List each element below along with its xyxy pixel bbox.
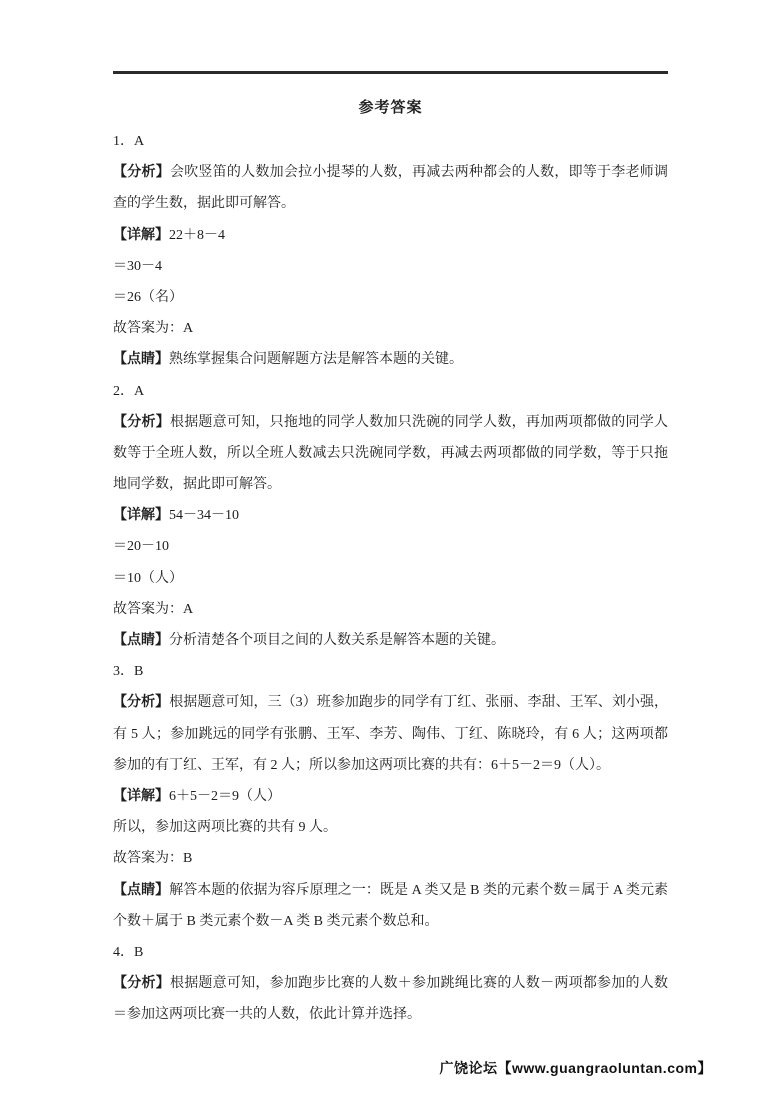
section-tag: 【分析】 (113, 415, 170, 430)
line-text: 根据题意可知，参加跑步比赛的人数＋参加跳绳比赛的人数－两项都参加的人数 (170, 976, 668, 991)
doc-line: 【详解】54－34－10 (113, 500, 668, 531)
line-text: 参加的有丁红、王军，有 2 人；所以参加这两项比赛的共有：6＋5－2＝9（人）。 (113, 758, 610, 773)
line-text: ＝10（人） (113, 571, 183, 586)
line-text: ＝参加这两项比赛一共的人数，依此计算并选择。 (113, 1007, 421, 1022)
line-text: ＝20－10 (113, 539, 169, 554)
answer-number-line: 2．A (113, 376, 668, 407)
line-text: 故答案为：A (113, 321, 193, 336)
doc-line: 【点睛】分析清楚各个项目之间的人数关系是解答本题的关键。 (113, 625, 668, 656)
section-tag: 【点睛】 (113, 352, 169, 367)
doc-line: 参加的有丁红、王军，有 2 人；所以参加这两项比赛的共有：6＋5－2＝9（人）。 (113, 750, 668, 781)
line-text: ＝30－4 (113, 259, 162, 274)
line-text: 根据题意可知，三（3）班参加跑步的同学有丁红、张丽、李甜、王军、刘小强， (169, 695, 668, 710)
line-text: 2．A (113, 384, 144, 399)
doc-line: 【分析】会吹竖笛的人数加会拉小提琴的人数，再减去两种都会的人数，即等于李老师调 (113, 157, 668, 188)
answer-number-line: 1．A (113, 126, 668, 157)
doc-line: 地同学数，据此即可解答。 (113, 469, 668, 500)
doc-line: 故答案为：B (113, 843, 668, 874)
section-tag: 【分析】 (113, 165, 170, 180)
doc-line: 【详解】6＋5－2＝9（人） (113, 781, 668, 812)
doc-line: ＝10（人） (113, 563, 668, 594)
doc-line: 数等于全班人数，所以全班人数减去只洗碗同学数，再减去两项都做的同学数，等于只拖 (113, 438, 668, 469)
doc-line: 有 5 人；参加跳远的同学有张鹏、王军、李芳、陶伟、丁红、陈晓玲，有 6 人；这… (113, 719, 668, 750)
doc-line: 【详解】22＋8－4 (113, 220, 668, 251)
doc-line: 【分析】根据题意可知，三（3）班参加跑步的同学有丁红、张丽、李甜、王军、刘小强， (113, 687, 668, 718)
line-text: 会吹竖笛的人数加会拉小提琴的人数，再减去两种都会的人数，即等于李老师调 (170, 165, 668, 180)
answer-content: 1．A 【分析】会吹竖笛的人数加会拉小提琴的人数，再减去两种都会的人数，即等于李… (113, 126, 668, 1030)
document-page: 参考答案 1．A 【分析】会吹竖笛的人数加会拉小提琴的人数，再减去两种都会的人数… (0, 0, 780, 1103)
line-text: 1．A (113, 134, 144, 149)
section-tag: 【分析】 (113, 695, 169, 710)
doc-line: 所以，参加这两项比赛的共有 9 人。 (113, 812, 668, 843)
doc-line: 【分析】根据题意可知，只拖地的同学人数加只洗碗的同学人数，再加两项都做的同学人 (113, 407, 668, 438)
doc-line: 【点睛】解答本题的依据为容斥原理之一：既是 A 类又是 B 类的元素个数＝属于 … (113, 875, 668, 906)
section-tag: 【详解】 (113, 789, 169, 804)
line-text: 地同学数，据此即可解答。 (113, 477, 281, 492)
page-title: 参考答案 (113, 96, 668, 117)
line-text: 有 5 人；参加跳远的同学有张鹏、王军、李芳、陶伟、丁红、陈晓玲，有 6 人；这… (113, 727, 668, 742)
line-text: 分析清楚各个项目之间的人数关系是解答本题的关键。 (169, 633, 505, 648)
doc-line: ＝参加这两项比赛一共的人数，依此计算并选择。 (113, 999, 668, 1030)
section-tag: 【点睛】 (113, 883, 169, 898)
page-footer: 广饶论坛【www.guangraoluntan.com】 (440, 1058, 713, 1078)
section-tag: 【详解】 (113, 228, 169, 243)
line-text: 根据题意可知，只拖地的同学人数加只洗碗的同学人数，再加两项都做的同学人 (170, 415, 668, 430)
doc-line: 故答案为：A (113, 594, 668, 625)
answer-number-line: 3．B (113, 656, 668, 687)
doc-line: 【点睛】熟练掌握集合问题解题方法是解答本题的关键。 (113, 344, 668, 375)
line-text: 54－34－10 (169, 508, 239, 523)
line-text: 个数＋属于 B 类元素个数－A 类 B 类元素个数总和。 (113, 914, 439, 929)
line-text: 4．B (113, 945, 143, 960)
doc-line: 故答案为：A (113, 313, 668, 344)
line-text: 故答案为：A (113, 602, 193, 617)
doc-line: 查的学生数，据此即可解答。 (113, 188, 668, 219)
line-text: 查的学生数，据此即可解答。 (113, 196, 295, 211)
doc-line: ＝30－4 (113, 251, 668, 282)
line-text: 解答本题的依据为容斥原理之一：既是 A 类又是 B 类的元素个数＝属于 A 类元… (169, 883, 668, 898)
section-tag: 【分析】 (113, 976, 170, 991)
line-text: ＝26（名） (113, 290, 183, 305)
header-divider (113, 71, 668, 74)
answer-number-line: 4．B (113, 937, 668, 968)
line-text: 3．B (113, 664, 143, 679)
line-text: 22＋8－4 (169, 228, 225, 243)
section-tag: 【详解】 (113, 508, 169, 523)
line-text: 熟练掌握集合问题解题方法是解答本题的关键。 (169, 352, 463, 367)
doc-line: ＝26（名） (113, 282, 668, 313)
section-tag: 【点睛】 (113, 633, 169, 648)
doc-line: 【分析】根据题意可知，参加跑步比赛的人数＋参加跳绳比赛的人数－两项都参加的人数 (113, 968, 668, 999)
line-text: 数等于全班人数，所以全班人数减去只洗碗同学数，再减去两项都做的同学数，等于只拖 (113, 446, 668, 461)
doc-line: 个数＋属于 B 类元素个数－A 类 B 类元素个数总和。 (113, 906, 668, 937)
line-text: 6＋5－2＝9（人） (169, 789, 281, 804)
line-text: 所以，参加这两项比赛的共有 9 人。 (113, 820, 337, 835)
doc-line: ＝20－10 (113, 531, 668, 562)
line-text: 故答案为：B (113, 851, 192, 866)
